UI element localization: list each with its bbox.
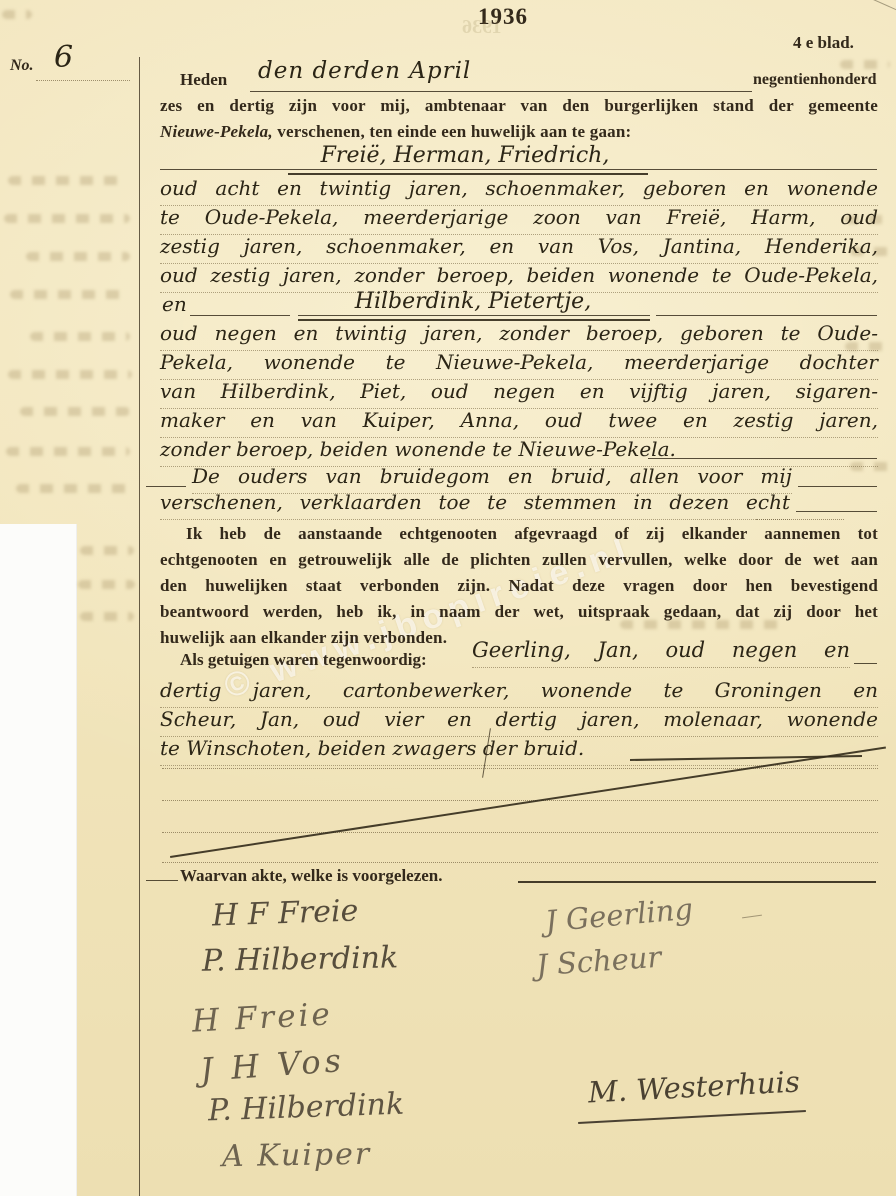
blank-form-line (162, 832, 878, 833)
bride-name-trail-line (656, 315, 877, 316)
en-connector: en (162, 292, 187, 316)
signature-groom: H F Freie (211, 893, 358, 933)
bleed-through-smudge (26, 252, 130, 261)
bride-name-baseline (298, 315, 650, 316)
consent-lead-dash (146, 486, 186, 487)
date-fill-line (250, 91, 752, 92)
blank-form-line (162, 862, 878, 863)
scan-backing-strip (0, 524, 77, 1196)
witness-line: te Winschoten, beiden zwagers der bruid. (160, 736, 878, 766)
declaration-line: beantwoord werden, heb ik, in naam der w… (160, 602, 878, 622)
groom-line: oud acht en twintig jaren, schoenmaker, … (160, 176, 878, 206)
bleed-through-smudge (2, 10, 32, 19)
act-number-value: 6 (54, 40, 73, 75)
fill-dash (798, 486, 877, 487)
intro-line2: zes en dertig zijn voor mij, ambtenaar v… (160, 96, 878, 116)
fill-dash (648, 458, 877, 459)
bride-line: oud negen en twintig jaren, zonder beroe… (160, 321, 878, 351)
declaration-line: den huwelijken staat verbonden zijn. Nad… (160, 576, 878, 596)
bleed-through-smudge (4, 214, 130, 223)
page-corner-crease (858, 0, 896, 13)
signature-official-underline (578, 1110, 806, 1124)
bride-line: van Hilberdink, Piet, oud negen en vijft… (160, 379, 878, 409)
signature-witness-2: J Scheur (535, 940, 662, 983)
intro-heden: Heden (180, 70, 227, 90)
bride-line: zonder beroep, beiden wonende te Nieuwe-… (160, 437, 878, 467)
witness-line: Scheur, Jan, oud vier en dertig jaren, m… (160, 707, 878, 737)
date-handwritten: den derden April (258, 58, 471, 84)
fill-dash (796, 511, 877, 512)
bleed-through-smudge (8, 176, 128, 185)
declaration-line: Ik heb de aanstaande echtgenooten afgevr… (160, 524, 878, 544)
declaration-line: echtgenooten en getrouwelijk alle de pli… (160, 550, 878, 570)
bride-line: maker en van Kuiper, Anna, oud twee en z… (160, 408, 878, 438)
fill-dash (854, 663, 877, 664)
signature-groom-father: H Freie (191, 996, 334, 1039)
signature-groom-mother: J H Vos (199, 1041, 346, 1089)
signature-bride: P. Hilberdink (202, 940, 399, 978)
bleed-through-smudge (20, 407, 130, 416)
intro-negentienhonderd: negentienhonderd (753, 71, 877, 89)
bleed-through-smudge (80, 546, 134, 555)
groom-name-underline (288, 173, 648, 175)
intro-line3: Nieuwe-Pekela, verschenen, ten einde een… (160, 122, 878, 142)
bleed-through-smudge (8, 370, 132, 379)
act-number-dotted-line (36, 80, 130, 81)
bleed-through-smudge (6, 447, 130, 456)
signature-witness-1: J Geerling (544, 892, 694, 939)
bride-name-lead-line (190, 315, 290, 316)
margin-rule (139, 57, 140, 1196)
signature-official: M. Westerhuis (587, 1064, 800, 1109)
consent-line2: verschenen, verklaarden toe te stemmen i… (160, 490, 790, 520)
bleed-through-smudge (10, 290, 130, 299)
groom-line: te Oude-Pekela, meerderjarige zoon van F… (160, 205, 878, 235)
bleed-through-smudge (80, 612, 134, 621)
groom-name: Freië, Herman, Friedrich, (250, 143, 680, 168)
bleed-through-smudge (30, 332, 130, 341)
bride-line: Pekela, wonende te Nieuwe-Pekela, meerde… (160, 350, 878, 380)
scanned-marriage-certificate: 1936 1936 4 e blad. No. 6 Heden den derd… (0, 0, 896, 1196)
bleed-through-smudge (840, 60, 890, 69)
intro-line3-rest: verschenen, ten einde een huwelijk aan t… (277, 122, 631, 141)
sheet-number-label: 4 e blad. (793, 33, 854, 53)
witnesses-label: Als getuigen waren tegenwoordig: (180, 650, 427, 670)
bleed-through-smudge (78, 580, 135, 589)
witness-line: dertig jaren, cartonbewerker, wonende te… (160, 678, 878, 708)
blank-form-line (162, 768, 878, 769)
groom-name-baseline (160, 169, 877, 170)
echt-dotted-mark (756, 519, 844, 520)
closing-text: Waarvan akte, welke is voorgelezen. (180, 866, 443, 886)
bride-name: Hilberdink, Pietertje, (298, 289, 648, 314)
closing-lead-dash (146, 880, 178, 881)
signature-flourish (742, 915, 762, 919)
signature-bride-father: P. Hilberdink (207, 1087, 404, 1129)
signature-bride-mother: A Kuiper (222, 1137, 372, 1175)
intro-place: Nieuwe-Pekela, (160, 122, 273, 141)
blank-form-line (162, 800, 878, 801)
groom-line: zestig jaren, schoenmaker, en van Vos, J… (160, 234, 878, 264)
act-number-label: No. (10, 57, 34, 75)
year-bleed-through: 1936 (462, 16, 502, 39)
bleed-through-smudge (16, 484, 130, 493)
witness-hw-first: Geerling, Jan, oud negen en (472, 638, 850, 668)
closing-trail-line (518, 881, 876, 883)
